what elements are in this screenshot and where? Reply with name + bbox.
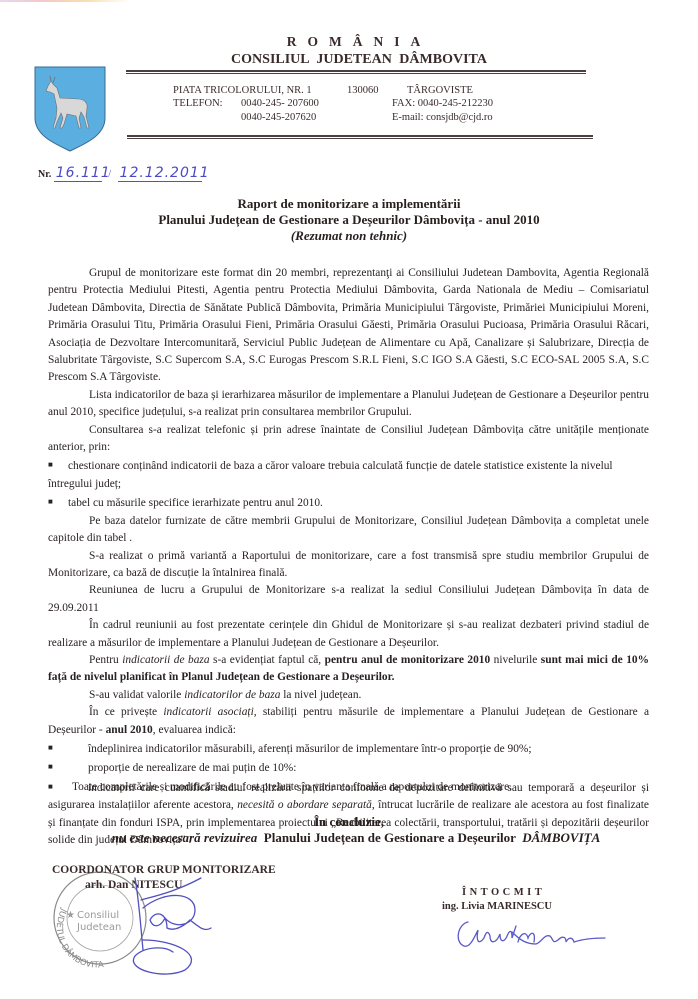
final-note: Toate completările și modificările au fo… bbox=[72, 781, 512, 793]
registration-separator: / bbox=[108, 169, 111, 180]
paragraph-first-version: S-a realizat o primă variantă a Raportul… bbox=[48, 548, 649, 583]
header-divider-bottom bbox=[127, 135, 593, 139]
list-item: ■îndeplinirea indicatorilor măsurabili, … bbox=[48, 739, 649, 758]
paragraph-members: Grupul de monitorizare este format din 2… bbox=[48, 265, 649, 387]
bullet-icon: ■ bbox=[48, 739, 88, 756]
header-email: E-mail: consjdb@cjd.ro bbox=[392, 111, 493, 125]
paragraph-consultation: Consultarea s-a realizat telefonic și pr… bbox=[48, 422, 649, 457]
header-postal-code: 130060 bbox=[347, 84, 379, 98]
coat-of-arms-deer-icon bbox=[34, 66, 106, 152]
conclusion: În concluzie, nu este necesară revizuire… bbox=[0, 814, 698, 846]
header-phone-1: 0040-245- 207600 bbox=[241, 97, 319, 111]
paragraph-associated-indicators: În ce privește indicatorii asociați, sta… bbox=[48, 704, 649, 739]
document-title: Raport de monitorizare a implementării P… bbox=[0, 196, 698, 244]
bullet-icon: ■ bbox=[48, 456, 68, 473]
registration-number: Nr. 16.111 / 12.12.2011 bbox=[38, 165, 202, 182]
list-item: ■proporție de nerealizare de mai puțin d… bbox=[48, 758, 649, 777]
paragraph-meeting: Reuniunea de lucru a Grupului de Monitor… bbox=[48, 582, 649, 617]
header-divider-top bbox=[126, 70, 586, 74]
title-line-1: Raport de monitorizare a implementării bbox=[0, 196, 698, 212]
paragraph-base-indicators: Pentru indicatorii de baza s-a evidenția… bbox=[48, 652, 649, 687]
bullet-icon: ■ bbox=[48, 758, 88, 775]
header-fax: FAX: 0040-245-212230 bbox=[392, 97, 493, 111]
title-subtitle: (Rezumat non tehnic) bbox=[0, 228, 698, 244]
header-country: ROMÂNIA bbox=[0, 34, 698, 50]
paragraph-indicator-list: Lista indicatorilor de baza și ierarhiza… bbox=[48, 387, 649, 422]
registration-number-value: 16.111 bbox=[54, 165, 102, 182]
paragraph-validated: S-au validat valorile indicatorilor de b… bbox=[48, 687, 649, 704]
prepared-by-role: ÎNTOCMIT bbox=[462, 887, 545, 898]
registration-label: Nr. bbox=[38, 169, 51, 180]
header-city: TÂRGOVISTE bbox=[407, 84, 473, 98]
header-council-name: CONSILIUL JUDETEAN DÂMBOVITA bbox=[0, 52, 698, 68]
conclusion-statement: nu este necesară revizuirea Planului Jud… bbox=[0, 830, 698, 846]
paragraph-data-provided: Pe baza datelor furnizate de către membr… bbox=[48, 513, 649, 548]
registration-date: 12.12.2011 bbox=[118, 165, 202, 182]
header-phone-label: TELEFON: bbox=[173, 97, 223, 111]
header-address: PIATA TRICOLORULUI, NR. 1 bbox=[173, 84, 312, 98]
document-body: Grupul de monitorizare este format din 2… bbox=[48, 265, 649, 849]
prepared-by-signature-icon bbox=[450, 912, 610, 957]
paragraph-requirements: În cadrul reuniunii au fost prezentate c… bbox=[48, 617, 649, 652]
header-phone-2: 0040-245-207620 bbox=[241, 111, 316, 125]
conclusion-heading: În concluzie, bbox=[0, 814, 698, 830]
scan-artifact bbox=[0, 0, 130, 2]
bullet-icon: ■ bbox=[48, 493, 68, 510]
prepared-by-name: ing. Livia MARINESCU bbox=[442, 901, 552, 912]
coordinator-signature-icon bbox=[105, 870, 245, 980]
list-item: ■chestionare conținând indicatorii de ba… bbox=[48, 456, 649, 493]
list-item: ■tabel cu măsurile specifice ierarhizate… bbox=[48, 493, 649, 512]
title-line-2: Planului Județean de Gestionare a Deșeur… bbox=[0, 212, 698, 228]
